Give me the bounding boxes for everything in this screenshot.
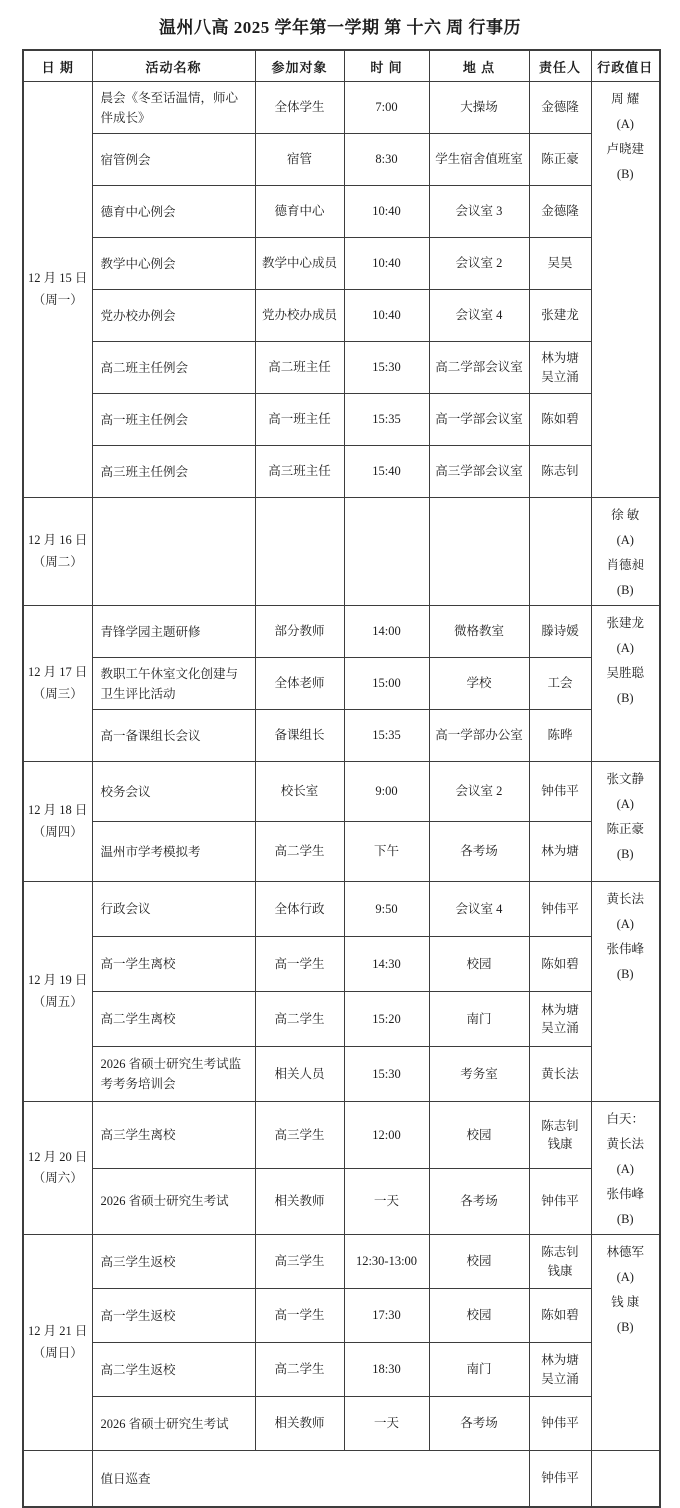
responsible-cell: 张建龙 bbox=[529, 290, 591, 342]
location-cell: 各考场 bbox=[429, 822, 529, 882]
activity-cell: 教学中心例会 bbox=[92, 238, 255, 290]
date-cell: 12 月 17 日（周三） bbox=[23, 606, 92, 762]
table-row: 12 月 17 日（周三） 青锋学园主题研修 部分教师 14:00 微格教室 滕… bbox=[23, 606, 660, 658]
participants-cell: 部分教师 bbox=[255, 606, 344, 658]
time-cell: 下午 bbox=[344, 822, 429, 882]
table-row: 高一学生离校 高一学生 14:30 校园 陈如碧 bbox=[23, 937, 660, 992]
date-line: 12 月 15 日 bbox=[28, 271, 87, 285]
activity-cell: 晨会《冬至话温情，师心伴成长》 bbox=[92, 82, 255, 134]
time-cell: 一天 bbox=[344, 1168, 429, 1235]
responsible-cell: 陈如碧 bbox=[529, 937, 591, 992]
participants-cell: 宿管 bbox=[255, 134, 344, 186]
location-cell: 各考场 bbox=[429, 1397, 529, 1451]
participants-cell: 备课组长 bbox=[255, 710, 344, 762]
date-line: 12 月 18 日 bbox=[28, 803, 87, 817]
participants-cell: 高二班主任 bbox=[255, 342, 344, 394]
location-cell: 校园 bbox=[429, 937, 529, 992]
location-cell: 校园 bbox=[429, 1235, 529, 1289]
date-line: 12 月 17 日 bbox=[28, 665, 87, 679]
location-cell: 学生宿舍值班室 bbox=[429, 134, 529, 186]
table-row: 高二学生离校 高二学生 15:20 南门 林为塘 吴立涌 bbox=[23, 992, 660, 1047]
date-line: 12 月 19 日 bbox=[28, 973, 87, 987]
location-cell: 微格教室 bbox=[429, 606, 529, 658]
responsible-cell: 陈志钊 钱康 bbox=[529, 1102, 591, 1169]
table-row: 教职工午休室文化创建与卫生评比活动 全体老师 15:00 学校 工会 bbox=[23, 658, 660, 710]
time-cell: 15:40 bbox=[344, 446, 429, 498]
participants-cell: 高一班主任 bbox=[255, 394, 344, 446]
admin-duty-cell: 黄长法 (A) 张伟峰 (B) bbox=[591, 882, 660, 1102]
participants-cell: 高二学生 bbox=[255, 1343, 344, 1397]
time-cell: 9:00 bbox=[344, 762, 429, 822]
activity-cell: 高二学生返校 bbox=[92, 1343, 255, 1397]
location-cell: 大操场 bbox=[429, 82, 529, 134]
responsible-cell: 陈正豪 bbox=[529, 134, 591, 186]
header-participants: 参加对象 bbox=[255, 50, 344, 82]
participants-cell: 高一学生 bbox=[255, 1289, 344, 1343]
table-row: 高一备课组长会议 备课组长 15:35 高一学部办公室 陈晔 bbox=[23, 710, 660, 762]
header-location: 地 点 bbox=[429, 50, 529, 82]
participants-cell: 相关教师 bbox=[255, 1168, 344, 1235]
activity-cell: 高三班主任例会 bbox=[92, 446, 255, 498]
table-row: 高三班主任例会 高三班主任 15:40 高三学部会议室 陈志钊 bbox=[23, 446, 660, 498]
time-cell: 15:20 bbox=[344, 992, 429, 1047]
activity-cell: 宿管例会 bbox=[92, 134, 255, 186]
header-activity: 活动名称 bbox=[92, 50, 255, 82]
weekday-line: （周三） bbox=[33, 687, 83, 701]
table-row: 党办校办例会 党办校办成员 10:40 会议室 4 张建龙 bbox=[23, 290, 660, 342]
admin-duty-cell bbox=[591, 1451, 660, 1508]
responsible-cell: 林为塘 bbox=[529, 822, 591, 882]
table-row: 高一班主任例会 高一班主任 15:35 高一学部会议室 陈如碧 bbox=[23, 394, 660, 446]
responsible-cell: 金德隆 bbox=[529, 82, 591, 134]
table-row: 12 月 18 日（周四） 校务会议 校长室 9:00 会议室 2 钟伟平 张文… bbox=[23, 762, 660, 822]
date-cell: 12 月 21 日（周日） bbox=[23, 1235, 92, 1451]
responsible-cell: 金德隆 bbox=[529, 186, 591, 238]
location-cell: 会议室 3 bbox=[429, 186, 529, 238]
responsible-cell: 黄长法 bbox=[529, 1047, 591, 1102]
header-responsible: 责任人 bbox=[529, 50, 591, 82]
table-row: 温州市学考模拟考 高二学生 下午 各考场 林为塘 bbox=[23, 822, 660, 882]
admin-duty-cell: 林德军 (A) 钱 康 (B) bbox=[591, 1235, 660, 1451]
activity-cell: 值日巡查 bbox=[92, 1451, 529, 1508]
activity-cell: 校务会议 bbox=[92, 762, 255, 822]
table-row: 12 月 19 日（周五） 行政会议 全体行政 9:50 会议室 4 钟伟平 黄… bbox=[23, 882, 660, 937]
responsible-cell: 钟伟平 bbox=[529, 762, 591, 822]
activity-cell: 党办校办例会 bbox=[92, 290, 255, 342]
location-cell: 学校 bbox=[429, 658, 529, 710]
responsible-cell: 陈志钊 bbox=[529, 446, 591, 498]
responsible-cell: 吴昊 bbox=[529, 238, 591, 290]
participants-cell: 高二学生 bbox=[255, 992, 344, 1047]
table-row: 12 月 16 日（周二） 徐 敏 (A) 肖德昶 (B) bbox=[23, 498, 660, 606]
activity-cell: 高二学生离校 bbox=[92, 992, 255, 1047]
activity-cell: 高一备课组长会议 bbox=[92, 710, 255, 762]
table-row: 12 月 15 日（周一） 晨会《冬至话温情，师心伴成长》 全体学生 7:00 … bbox=[23, 82, 660, 134]
location-cell: 高三学部会议室 bbox=[429, 446, 529, 498]
location-cell: 高一学部会议室 bbox=[429, 394, 529, 446]
header-date: 日 期 bbox=[23, 50, 92, 82]
table-row: 2026 省硕士研究生考试 相关教师 一天 各考场 钟伟平 bbox=[23, 1168, 660, 1235]
location-cell: 会议室 2 bbox=[429, 238, 529, 290]
date-line: 12 月 21 日 bbox=[28, 1324, 87, 1338]
table-row: 高二班主任例会 高二班主任 15:30 高二学部会议室 林为塘 吴立涌 bbox=[23, 342, 660, 394]
responsible-cell: 林为塘 吴立涌 bbox=[529, 992, 591, 1047]
location-cell: 会议室 2 bbox=[429, 762, 529, 822]
time-cell: 10:40 bbox=[344, 186, 429, 238]
time-cell: 8:30 bbox=[344, 134, 429, 186]
table-row: 宿管例会 宿管 8:30 学生宿舍值班室 陈正豪 bbox=[23, 134, 660, 186]
date-cell: 12 月 19 日（周五） bbox=[23, 882, 92, 1102]
weekday-line: （周二） bbox=[33, 555, 83, 569]
admin-duty-cell: 张建龙 (A) 吴胜聪 (B) bbox=[591, 606, 660, 762]
time-cell: 10:40 bbox=[344, 238, 429, 290]
responsible-cell: 钟伟平 bbox=[529, 1397, 591, 1451]
time-cell: 14:30 bbox=[344, 937, 429, 992]
time-cell bbox=[344, 498, 429, 606]
admin-duty-cell: 周 耀 (A) 卢晓建 (B) bbox=[591, 82, 660, 498]
time-cell: 10:40 bbox=[344, 290, 429, 342]
table-row: 值日巡查 钟伟平 bbox=[23, 1451, 660, 1508]
table-row: 德育中心例会 德育中心 10:40 会议室 3 金德隆 bbox=[23, 186, 660, 238]
date-cell: 12 月 16 日（周二） bbox=[23, 498, 92, 606]
table-row: 2026 省硕士研究生考试 相关教师 一天 各考场 钟伟平 bbox=[23, 1397, 660, 1451]
location-cell: 高二学部会议室 bbox=[429, 342, 529, 394]
location-cell: 考务室 bbox=[429, 1047, 529, 1102]
participants-cell: 全体行政 bbox=[255, 882, 344, 937]
weekday-line: （周一） bbox=[33, 293, 83, 307]
activity-cell: 2026 省硕士研究生考试 bbox=[92, 1168, 255, 1235]
responsible-cell bbox=[529, 498, 591, 606]
participants-cell: 高三学生 bbox=[255, 1235, 344, 1289]
activity-cell: 德育中心例会 bbox=[92, 186, 255, 238]
header-row: 日 期 活动名称 参加对象 时 间 地 点 责任人 行政值日 bbox=[23, 50, 660, 82]
location-cell bbox=[429, 498, 529, 606]
location-cell: 校园 bbox=[429, 1289, 529, 1343]
date-line: 12 月 16 日 bbox=[28, 533, 87, 547]
time-cell: 15:30 bbox=[344, 1047, 429, 1102]
activity-cell: 高三学生离校 bbox=[92, 1102, 255, 1169]
responsible-cell: 钟伟平 bbox=[529, 1168, 591, 1235]
participants-cell: 高二学生 bbox=[255, 822, 344, 882]
activity-cell: 高一学生返校 bbox=[92, 1289, 255, 1343]
activity-cell: 高二班主任例会 bbox=[92, 342, 255, 394]
time-cell: 15:00 bbox=[344, 658, 429, 710]
participants-cell: 高一学生 bbox=[255, 937, 344, 992]
responsible-cell: 陈如碧 bbox=[529, 1289, 591, 1343]
location-cell: 校园 bbox=[429, 1102, 529, 1169]
participants-cell: 全体老师 bbox=[255, 658, 344, 710]
activity-cell: 2026 省硕士研究生考试监考考务培训会 bbox=[92, 1047, 255, 1102]
responsible-cell: 钟伟平 bbox=[529, 1451, 591, 1508]
responsible-cell: 陈如碧 bbox=[529, 394, 591, 446]
date-cell: 12 月 15 日（周一） bbox=[23, 82, 92, 498]
responsible-cell: 林为塘 吴立涌 bbox=[529, 1343, 591, 1397]
participants-cell bbox=[255, 498, 344, 606]
location-cell: 高一学部办公室 bbox=[429, 710, 529, 762]
table-row: 高一学生返校 高一学生 17:30 校园 陈如碧 bbox=[23, 1289, 660, 1343]
participants-cell: 高三班主任 bbox=[255, 446, 344, 498]
participants-cell: 全体学生 bbox=[255, 82, 344, 134]
responsible-cell: 工会 bbox=[529, 658, 591, 710]
header-admin-duty: 行政值日 bbox=[591, 50, 660, 82]
table-row: 高二学生返校 高二学生 18:30 南门 林为塘 吴立涌 bbox=[23, 1343, 660, 1397]
activity-cell: 青锋学园主题研修 bbox=[92, 606, 255, 658]
time-cell: 一天 bbox=[344, 1397, 429, 1451]
time-cell: 15:35 bbox=[344, 710, 429, 762]
table-row: 12 月 21 日（周日） 高三学生返校 高三学生 12:30-13:00 校园… bbox=[23, 1235, 660, 1289]
date-line: 12 月 20 日 bbox=[28, 1150, 87, 1164]
participants-cell: 校长室 bbox=[255, 762, 344, 822]
weekday-line: （周四） bbox=[33, 825, 83, 839]
admin-duty-cell: 白天： 黄长法 (A) 张伟峰 (B) bbox=[591, 1102, 660, 1235]
responsible-cell: 钟伟平 bbox=[529, 882, 591, 937]
responsible-cell: 陈晔 bbox=[529, 710, 591, 762]
activity-cell: 高三学生返校 bbox=[92, 1235, 255, 1289]
date-cell: 12 月 18 日（周四） bbox=[23, 762, 92, 882]
location-cell: 会议室 4 bbox=[429, 882, 529, 937]
table-row: 12 月 20 日（周六） 高三学生离校 高三学生 12:00 校园 陈志钊 钱… bbox=[23, 1102, 660, 1169]
time-cell: 12:30-13:00 bbox=[344, 1235, 429, 1289]
time-cell: 14:00 bbox=[344, 606, 429, 658]
participants-cell: 德育中心 bbox=[255, 186, 344, 238]
time-cell: 15:30 bbox=[344, 342, 429, 394]
activity-cell: 温州市学考模拟考 bbox=[92, 822, 255, 882]
location-cell: 南门 bbox=[429, 992, 529, 1047]
participants-cell: 党办校办成员 bbox=[255, 290, 344, 342]
activity-cell: 高一学生离校 bbox=[92, 937, 255, 992]
admin-duty-cell: 徐 敏 (A) 肖德昶 (B) bbox=[591, 498, 660, 606]
admin-duty-cell: 张文静 (A) 陈正豪 (B) bbox=[591, 762, 660, 882]
activity-cell bbox=[92, 498, 255, 606]
time-cell: 17:30 bbox=[344, 1289, 429, 1343]
activity-cell: 高一班主任例会 bbox=[92, 394, 255, 446]
time-cell: 9:50 bbox=[344, 882, 429, 937]
table-row: 2026 省硕士研究生考试监考考务培训会 相关人员 15:30 考务室 黄长法 bbox=[23, 1047, 660, 1102]
time-cell: 7:00 bbox=[344, 82, 429, 134]
activity-cell: 2026 省硕士研究生考试 bbox=[92, 1397, 255, 1451]
date-cell bbox=[23, 1451, 92, 1508]
participants-cell: 相关人员 bbox=[255, 1047, 344, 1102]
weekly-schedule-table: 日 期 活动名称 参加对象 时 间 地 点 责任人 行政值日 12 月 15 日… bbox=[22, 49, 661, 1508]
participants-cell: 教学中心成员 bbox=[255, 238, 344, 290]
date-cell: 12 月 20 日（周六） bbox=[23, 1102, 92, 1235]
location-cell: 南门 bbox=[429, 1343, 529, 1397]
activity-cell: 行政会议 bbox=[92, 882, 255, 937]
participants-cell: 相关教师 bbox=[255, 1397, 344, 1451]
time-cell: 18:30 bbox=[344, 1343, 429, 1397]
header-time: 时 间 bbox=[344, 50, 429, 82]
weekday-line: （周六） bbox=[33, 1171, 83, 1185]
location-cell: 会议室 4 bbox=[429, 290, 529, 342]
page-title: 温州八高 2025 学年第一学期 第 十六 周 行事历 bbox=[0, 0, 680, 49]
time-cell: 12:00 bbox=[344, 1102, 429, 1169]
activity-cell: 教职工午休室文化创建与卫生评比活动 bbox=[92, 658, 255, 710]
responsible-cell: 滕诗媛 bbox=[529, 606, 591, 658]
table-row: 教学中心例会 教学中心成员 10:40 会议室 2 吴昊 bbox=[23, 238, 660, 290]
responsible-cell: 陈志钊 钱康 bbox=[529, 1235, 591, 1289]
weekday-line: （周日） bbox=[33, 1346, 83, 1360]
weekday-line: （周五） bbox=[33, 995, 83, 1009]
responsible-cell: 林为塘 吴立涌 bbox=[529, 342, 591, 394]
location-cell: 各考场 bbox=[429, 1168, 529, 1235]
participants-cell: 高三学生 bbox=[255, 1102, 344, 1169]
time-cell: 15:35 bbox=[344, 394, 429, 446]
